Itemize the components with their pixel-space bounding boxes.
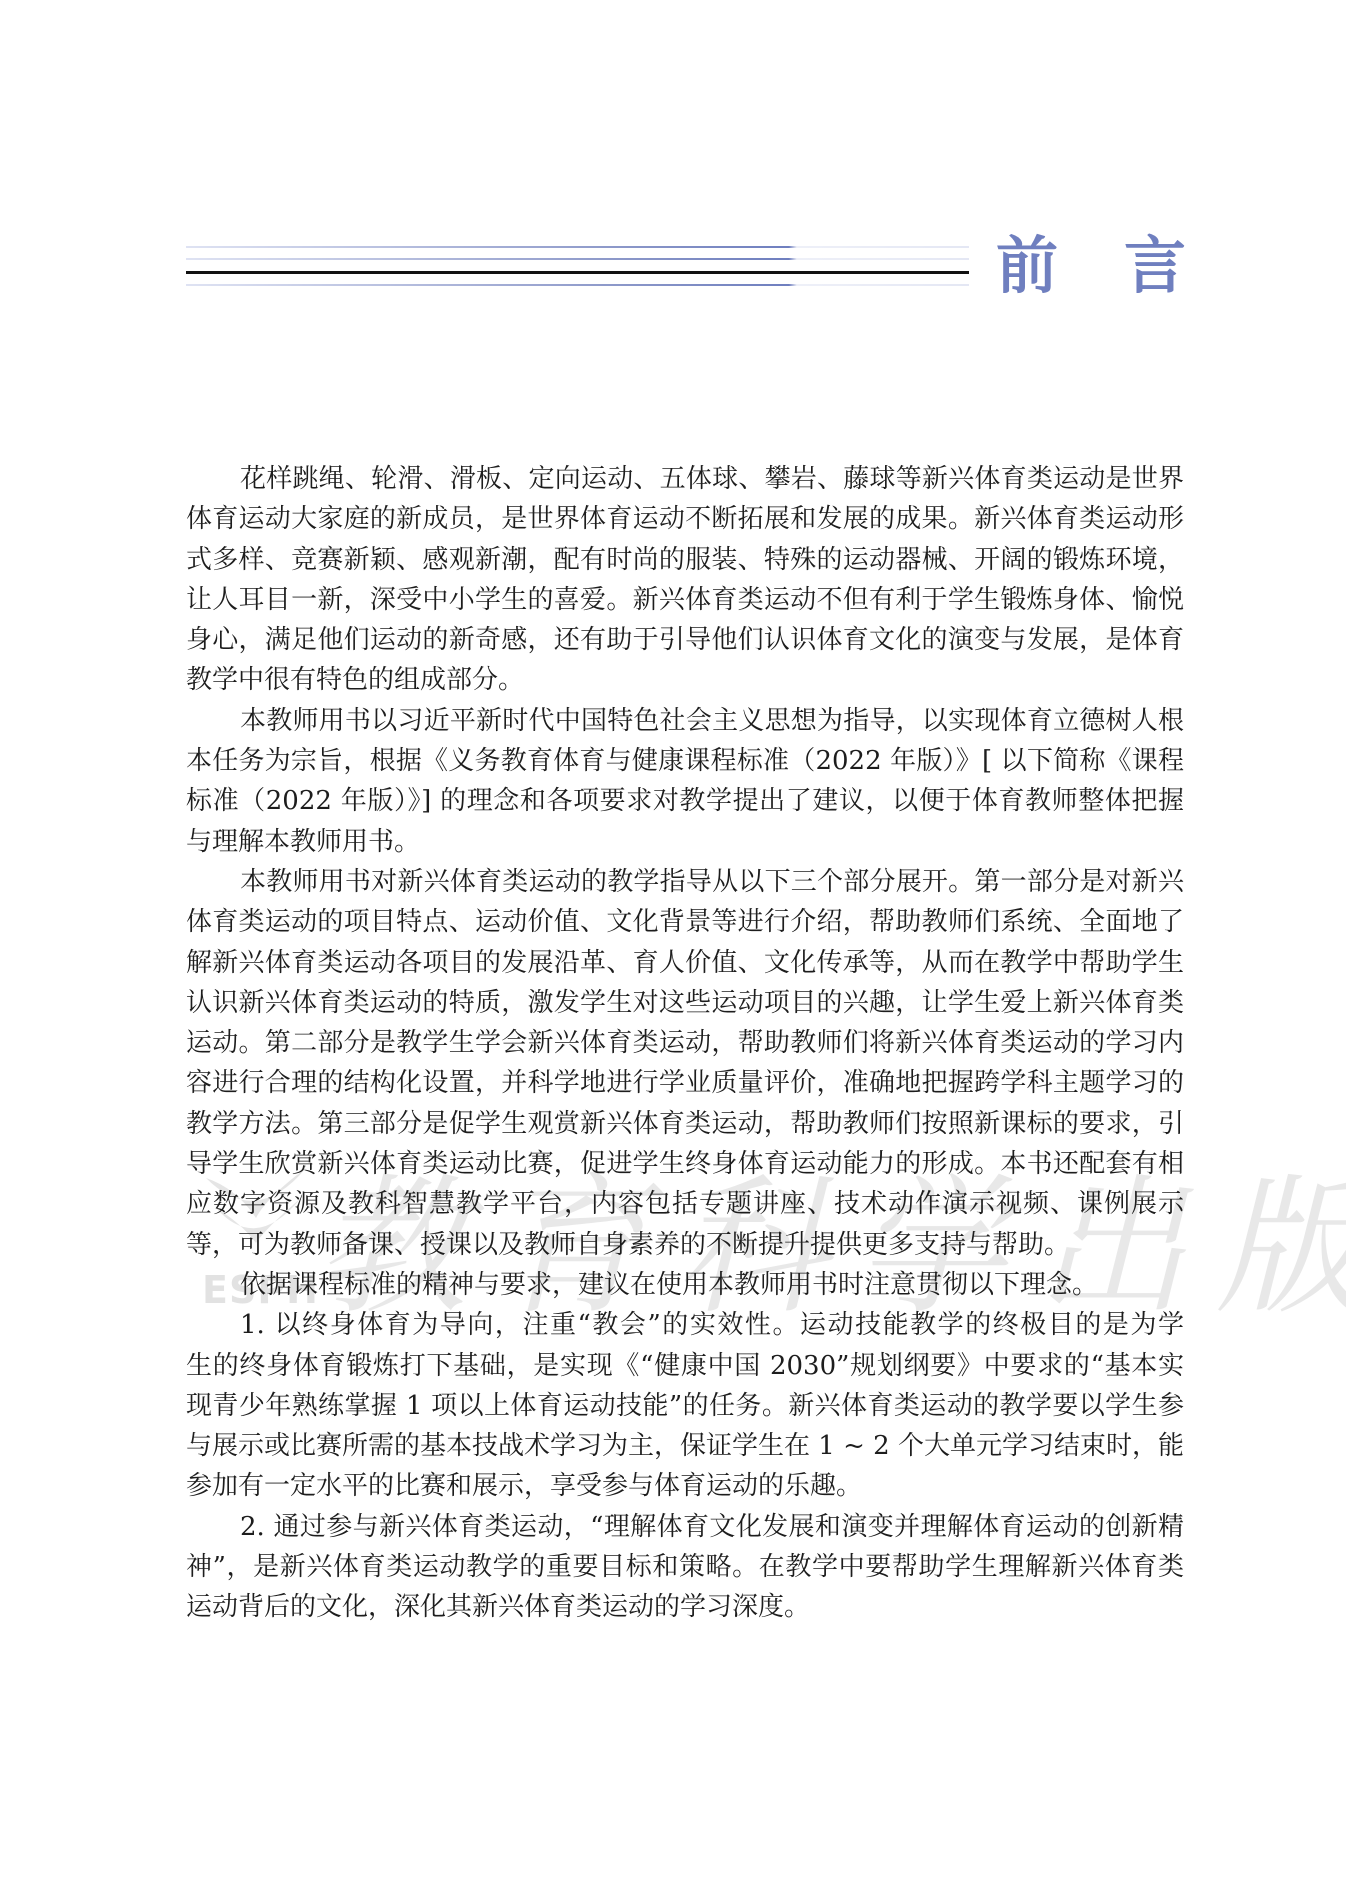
text-line: 现青少年熟练掌握 1 项以上体育运动技能”的任务。新兴体育类运动的教学要以学生参 [186, 1386, 1184, 1426]
text-line: 标准（2022 年版）》] 的理念和各项要求对教学提出了建议，以便于体育教师整体… [186, 781, 1184, 821]
text-line: 2. 通过参与新兴体育类运动，“理解体育文化发展和演变并理解体育运动的创新精 [186, 1507, 1184, 1547]
text-line: 与展示或比赛所需的基本技战术学习为主，保证学生在 1 ~ 2 个大单元学习结束时… [186, 1426, 1184, 1466]
text-line: 教学中很有特色的组成部分。 [186, 660, 1184, 700]
text-line: 1. 以终身体育为导向，注重“教会”的实效性。运动技能教学的终极目的是为学 [186, 1305, 1184, 1345]
text-line: 神”，是新兴体育类运动教学的重要目标和策略。在教学中要帮助学生理解新兴体育类 [186, 1547, 1184, 1587]
text-line: 等，可为教师备课、授课以及教师自身素养的不断提升提供更多支持与帮助。 [186, 1225, 1184, 1265]
text-line: 式多样、竞赛新颖、感观新潮，配有时尚的服装、特殊的运动器械、开阔的锻炼环境， [186, 540, 1184, 580]
text-line: 让人耳目一新，深受中小学生的喜爱。新兴体育类运动不但有利于学生锻炼身体、愉悦 [186, 580, 1184, 620]
text-line: 本教师用书对新兴体育类运动的教学指导从以下三个部分展开。第一部分是对新兴 [186, 862, 1184, 902]
page-title: 前 言 [996, 228, 1186, 304]
text-line: 体育运动大家庭的新成员，是世界体育运动不断拓展和发展的成果。新兴体育类运动形 [186, 499, 1184, 539]
text-line: 花样跳绳、轮滑、滑板、定向运动、五体球、攀岩、藤球等新兴体育类运动是世界 [186, 459, 1184, 499]
text-line: 容进行合理的结构化设置，并科学地进行学业质量评价，准确地把握跨学科主题学习的 [186, 1063, 1184, 1103]
page-title-char: 前 [996, 228, 1058, 304]
text-line: 解新兴体育类运动各项目的发展沿革、育人价值、文化传承等，从而在教学中帮助学生 [186, 943, 1184, 983]
rule-line-dark [186, 271, 969, 274]
text-line: 参加有一定水平的比赛和展示，享受参与体育运动的乐趣。 [186, 1466, 1184, 1506]
text-line: 认识新兴体育类运动的特质，激发学生对这些运动项目的兴趣，让学生爱上新兴体育类 [186, 983, 1184, 1023]
page-title-char: 言 [1124, 228, 1186, 304]
text-line: 运动。第二部分是教学生学会新兴体育类运动，帮助教师们将新兴体育类运动的学习内 [186, 1023, 1184, 1063]
rule-line [186, 284, 969, 286]
text-line: 本教师用书以习近平新时代中国特色社会主义思想为指导，以实现体育立德树人根 [186, 701, 1184, 741]
text-line: 教学方法。第三部分是促学生观赏新兴体育类运动，帮助教师们按照新课标的要求，引 [186, 1104, 1184, 1144]
text-line: 身心，满足他们运动的新奇感，还有助于引导他们认识体育文化的演变与发展，是体育 [186, 620, 1184, 660]
text-line: 生的终身体育锻炼打下基础，是实现《“健康中国 2030”规划纲要》中要求的“基本… [186, 1346, 1184, 1386]
text-line: 本任务为宗旨，根据《义务教育体育与健康课程标准（2022 年版）》[ 以下简称《… [186, 741, 1184, 781]
header-decorative-rules [186, 244, 969, 288]
text-line: 运动背后的文化，深化其新兴体育类运动的学习深度。 [186, 1587, 1184, 1627]
text-line: 依据课程标准的精神与要求，建议在使用本教师用书时注意贯彻以下理念。 [186, 1265, 1184, 1305]
text-line: 应数字资源及教科智慧教学平台，内容包括专题讲座、技术动作演示视频、课例展示 [186, 1184, 1184, 1224]
rule-line [186, 258, 969, 260]
text-line: 导学生欣赏新兴体育类运动比赛，促进学生终身体育运动能力的形成。本书还配套有相 [186, 1144, 1184, 1184]
text-line: 与理解本教师用书。 [186, 822, 1184, 862]
preface-body: 花样跳绳、轮滑、滑板、定向运动、五体球、攀岩、藤球等新兴体育类运动是世界 体育运… [186, 459, 1184, 1628]
text-line: 体育类运动的项目特点、运动价值、文化背景等进行介绍，帮助教师们系统、全面地了 [186, 902, 1184, 942]
rule-line [186, 246, 969, 248]
